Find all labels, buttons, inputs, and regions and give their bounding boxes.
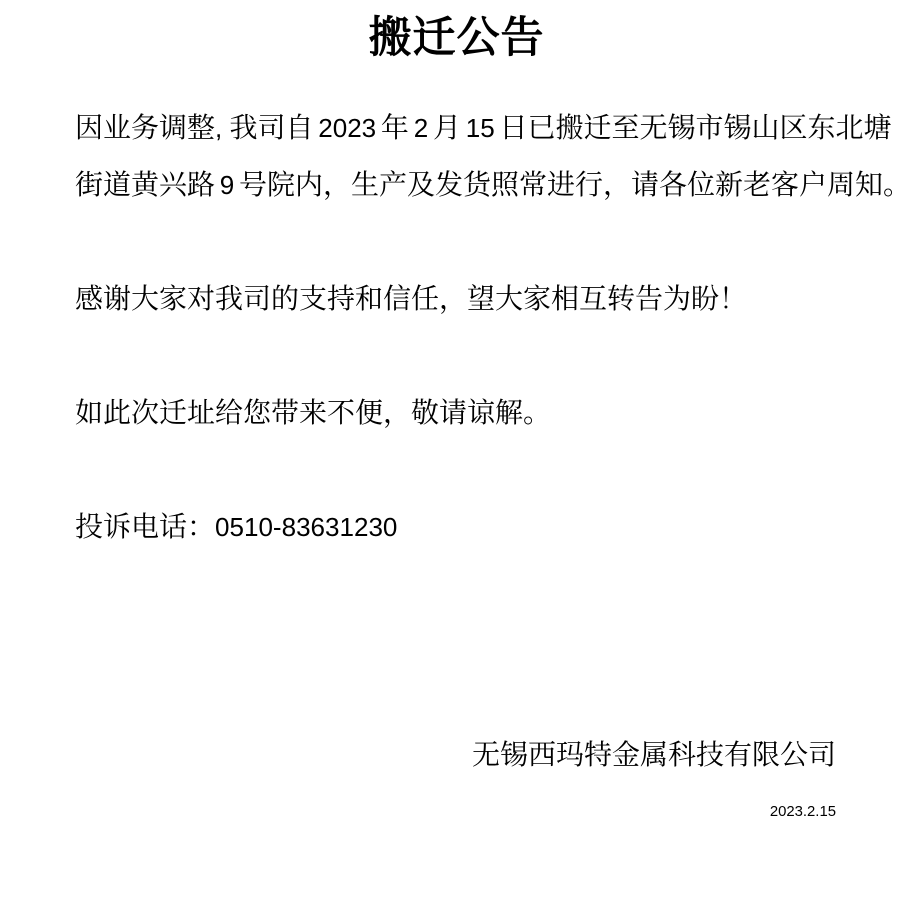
- document-title: 搬迁公告: [0, 8, 913, 70]
- cjk-text-segment: 年: [376, 113, 414, 144]
- complaint-phone-number: 0510-83631230: [215, 512, 397, 542]
- cjk-text-segment: 日已搬迁至无锡市锡山区东北塘: [495, 113, 892, 144]
- latin-text-segment: ,: [215, 113, 229, 143]
- paragraph2-thanks: 感谢大家对我司的支持和信任，望大家相互转告为盼！: [75, 271, 747, 328]
- latin-text-segment: 2: [414, 113, 428, 143]
- complaint-phone-line: 投诉电话：0510-83631230: [75, 499, 397, 556]
- paragraph1-line1: 因业务调整, 我司自 2023 年 2 月 15 日已搬迁至无锡市锡山区东北塘: [75, 100, 891, 157]
- document-page: 搬迁公告 因业务调整, 我司自 2023 年 2 月 15 日已搬迁至无锡市锡山…: [0, 0, 913, 902]
- latin-text-segment: 2023: [318, 113, 376, 143]
- latin-text-segment: 15: [466, 113, 495, 143]
- cjk-text-segment: 街道黄兴路: [75, 170, 220, 201]
- signature-date: 2023.2.15: [770, 784, 836, 841]
- cjk-text-segment: 我司自: [229, 113, 318, 144]
- latin-text-segment: 9: [220, 170, 234, 200]
- cjk-text-segment: 月: [428, 113, 466, 144]
- cjk-text-segment: 因业务调整: [75, 113, 215, 144]
- paragraph1-line2: 街道黄兴路 9 号院内，生产及发货照常进行，请各位新老客户周知。: [75, 157, 911, 214]
- complaint-phone-label: 投诉电话：: [75, 512, 215, 543]
- paragraph3-apology: 如此次迁址给您带来不便，敬请谅解。: [75, 385, 551, 442]
- signature-company-name: 无锡西玛特金属科技有限公司: [472, 727, 836, 784]
- cjk-text-segment: 号院内，生产及发货照常进行，请各位新老客户周知。: [234, 170, 911, 201]
